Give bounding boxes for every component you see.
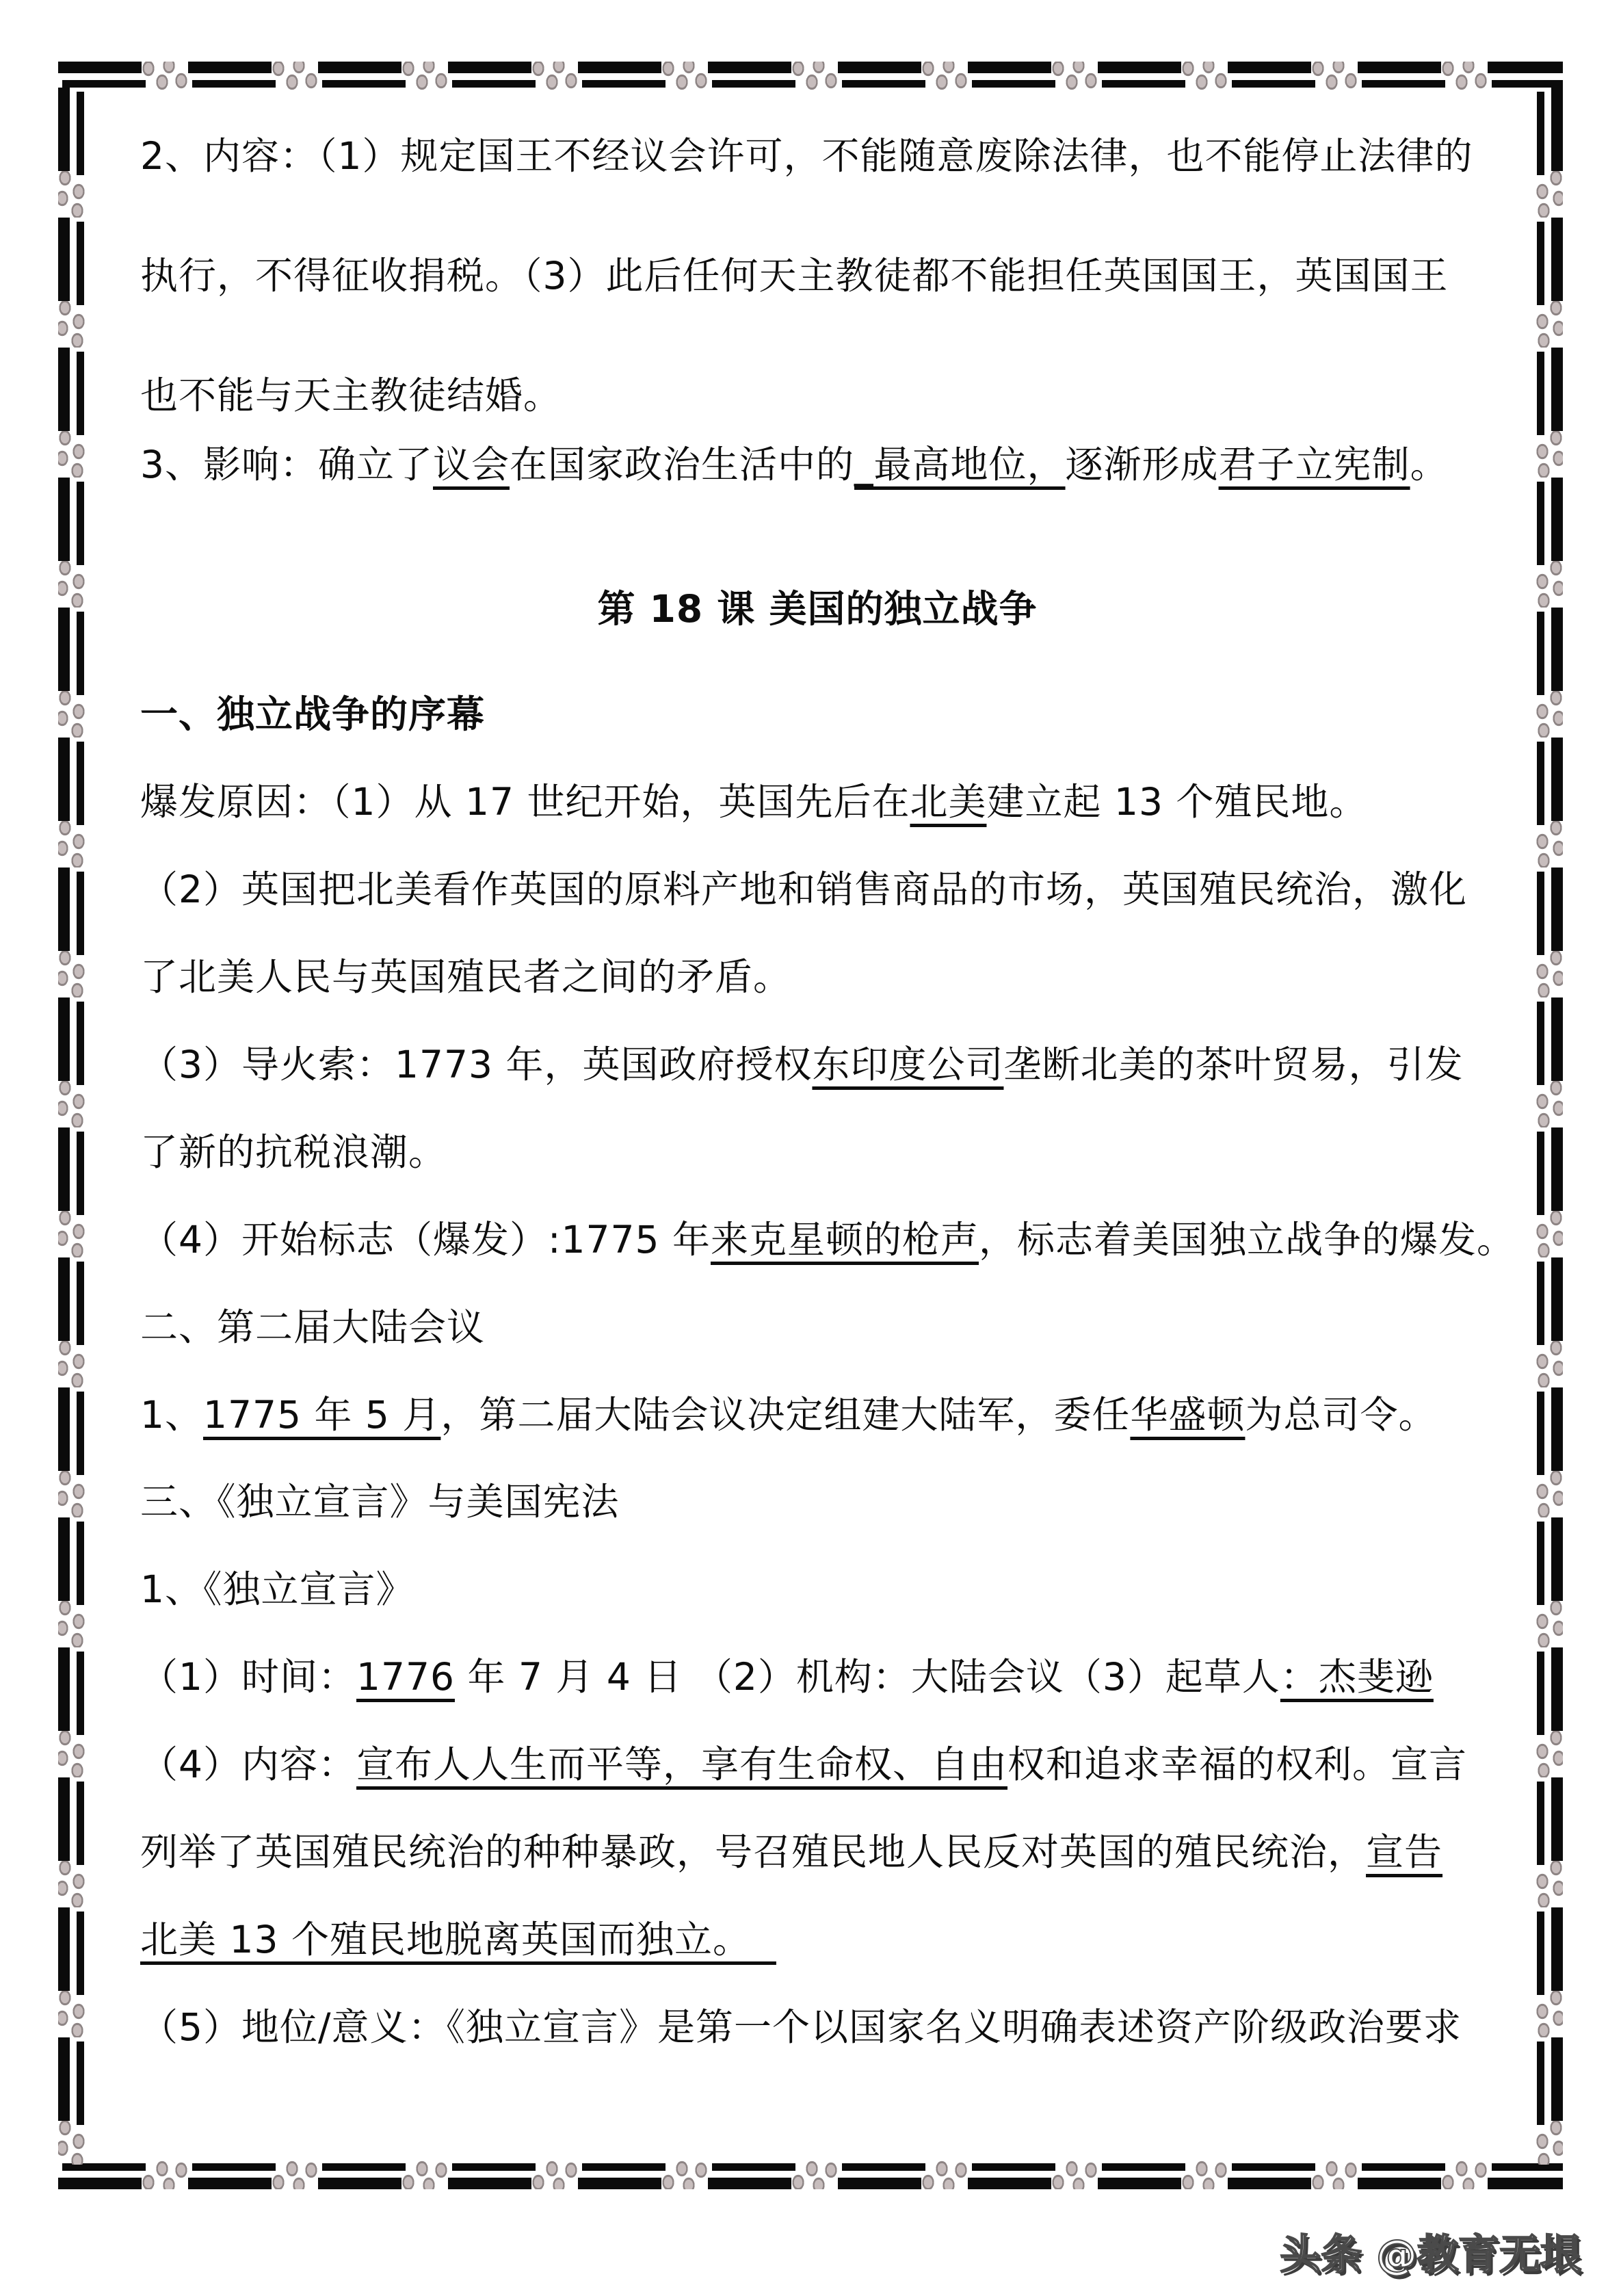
text-line: （5）地位/意义：《独立宣言》是第一个以国家名义明确表述资产阶级政治要求: [140, 2005, 1494, 2050]
text-line: 1、1775 年 5 月，第二届大陆会议决定组建大陆军，委任华盛顿为总司令。: [140, 1393, 1494, 1437]
border-right: [1530, 88, 1563, 2165]
text-segment: 为总司令。: [1245, 1393, 1436, 1437]
text-line: 爆发原因：（1）从 17 世纪开始，英国先后在北美建立起 13 个殖民地。: [140, 780, 1494, 824]
text-segment: （4）内容：: [140, 1743, 356, 1786]
text-line: 二、第二届大陆会议: [140, 1305, 1494, 1350]
text-line: （3）导火索：1773 年，英国政府授权东印度公司垄断北美的茶叶贸易，引发: [140, 1043, 1494, 1087]
text-line: （2）英国把北美看作英国的原料产地和销售商品的市场，英国殖民统治，激化: [140, 867, 1494, 912]
text-segment: 二、第二届大陆会议: [140, 1305, 485, 1349]
underlined-segment: 宣布人人生而平等，享有生命权、自由: [356, 1743, 1007, 1786]
text-line: 了新的抗税浪潮。: [140, 1130, 1494, 1175]
text-segment: 。: [1410, 443, 1449, 486]
text-segment: 一、独立战争的序幕: [140, 692, 485, 736]
underlined-segment: 北美: [910, 780, 986, 824]
section-heading: 一、独立战争的序幕: [140, 692, 1494, 737]
text-line: 三、《独立宣言》与美国宪法: [140, 1480, 1494, 1524]
underlined-segment: 1776: [356, 1655, 455, 1699]
border-bottom: [58, 2156, 1563, 2189]
text-line: 了北美人民与英国殖民者之间的矛盾。: [140, 955, 1494, 1000]
document-content: 2、内容：（1）规定国王不经议会许可，不能随意废除法律，也不能停止法律的执行，不…: [140, 134, 1494, 2093]
text-segment: （1）时间：: [140, 1655, 356, 1699]
text-segment: 垄断北美的茶叶贸易，引发: [1003, 1043, 1463, 1086]
text-line: 北美 13 个殖民地脱离英国而独立。: [140, 1918, 1494, 1962]
underlined-segment: 君子立宪制: [1219, 443, 1410, 486]
text-line: 列举了英国殖民统治的种种暴政，号召殖民地人民反对英国的殖民统治，宣告: [140, 1830, 1494, 1875]
text-line: 也不能与天主教徒结婚。: [140, 374, 1494, 418]
text-segment: 三、《独立宣言》与美国宪法: [140, 1480, 620, 1524]
text-line: 执行，不得征收捐税。（3）此后任何天主教徒都不能担任英国国王，英国国王: [140, 254, 1494, 298]
underlined-segment: 华盛顿: [1130, 1393, 1245, 1437]
underlined-segment: 议会: [433, 443, 510, 486]
text-segment: 3、影响：确立了: [140, 443, 433, 486]
text-line: 1、《独立宣言》: [140, 1567, 1494, 1612]
text-segment: 执行，不得征收捐税。（3）此后任何天主教徒都不能担任英国国王，英国国王: [140, 254, 1449, 298]
underlined-segment: 1775 年 5 月: [203, 1393, 440, 1437]
text-line: （4）内容：宣布人人生而平等，享有生命权、自由权和追求幸福的权利。宣言: [140, 1743, 1494, 1787]
text-segment: 2、内容：（1）规定国王不经议会许可，不能随意废除法律，也不能停止法律的: [140, 134, 1473, 178]
text-segment: 了北美人民与英国殖民者之间的矛盾。: [140, 955, 791, 999]
text-segment: 爆发原因：（1）从 17 世纪开始，英国先后在: [140, 780, 910, 824]
text-segment: 在国家政治生活中的: [510, 443, 854, 486]
underlined-segment: _最高地位，: [854, 443, 1066, 486]
text-line: 2、内容：（1）规定国王不经议会许可，不能随意废除法律，也不能停止法律的: [140, 134, 1494, 179]
underlined-segment: ：杰斐逊: [1280, 1655, 1434, 1699]
text-segment: 第 18 课 美国的独立战争: [598, 587, 1038, 631]
border-top: [58, 62, 1563, 94]
text-line: （4）开始标志（爆发）:1775 年来克星顿的枪声，标志着美国独立战争的爆发。: [140, 1218, 1494, 1262]
underlined-segment: 北美 13 个殖民地脱离英国而独立。: [140, 1918, 776, 1961]
text-segment: 逐渐形成: [1066, 443, 1219, 486]
text-segment: 也不能与天主教徒结婚。: [140, 374, 562, 417]
text-segment: 年 7 月 4 日 （2）机构：大陆会议（3）起草人: [455, 1655, 1280, 1699]
text-segment: 1、: [140, 1393, 203, 1437]
underlined-segment: 来克星顿的枪声: [711, 1218, 979, 1262]
text-segment: 建立起 13 个殖民地。: [986, 780, 1367, 824]
border-left: [58, 88, 91, 2165]
underlined-segment: 宣告: [1366, 1830, 1442, 1874]
text-segment: ，标志着美国独立战争的爆发。: [979, 1218, 1515, 1262]
text-segment: （5）地位/意义：《独立宣言》是第一个以国家名义明确表述资产阶级政治要求: [140, 2005, 1462, 2049]
watermark: 头条 @教育无垠: [1280, 2222, 1581, 2281]
text-segment: （3）导火索：1773 年，英国政府授权: [140, 1043, 812, 1086]
text-segment: ，第二届大陆会议决定组建大陆军，委任: [440, 1393, 1130, 1437]
text-segment: 了新的抗税浪潮。: [140, 1130, 447, 1174]
text-segment: 列举了英国殖民统治的种种暴政，号召殖民地人民反对英国的殖民统治，: [140, 1830, 1366, 1874]
underlined-segment: 东印度公司: [812, 1043, 1003, 1086]
text-segment: （4）开始标志（爆发）:1775 年: [140, 1218, 711, 1262]
section-title: 第 18 课 美国的独立战争: [140, 587, 1494, 631]
text-line: 3、影响：确立了议会在国家政治生活中的_最高地位，逐渐形成君子立宪制。: [140, 443, 1494, 487]
text-line: （1）时间：1776 年 7 月 4 日 （2）机构：大陆会议（3）起草人：杰斐…: [140, 1655, 1494, 1699]
text-segment: （2）英国把北美看作英国的原料产地和销售商品的市场，英国殖民统治，激化: [140, 867, 1467, 911]
text-segment: 权和追求幸福的权利。宣言: [1007, 1743, 1467, 1786]
text-segment: 1、《独立宣言》: [140, 1567, 414, 1611]
